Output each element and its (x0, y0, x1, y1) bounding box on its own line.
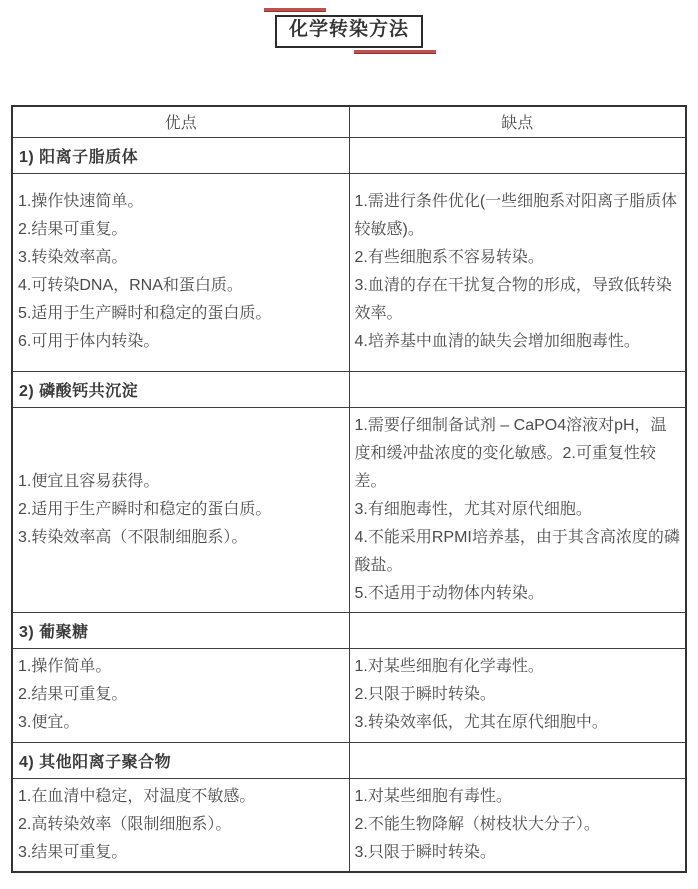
table-header-row: 优点 缺点 (12, 106, 686, 137)
advantage-item: 2.结果可重复。 (18, 681, 345, 709)
section-empty-cell (349, 371, 686, 407)
advantage-item: 3.转染效率高。 (18, 244, 345, 272)
disadvantage-item: 2.不能生物降解（树枝状大分子）。 (355, 811, 682, 839)
section-content-row: 1.操作简单。 2.结果可重复。 3.便宜。 1.对某些细胞有化学毒性。 2.只… (12, 648, 686, 742)
advantage-item: 2.结果可重复。 (18, 216, 345, 244)
disadvantage-item: 5.不适用于动物体内转染。 (355, 580, 682, 608)
section-title: 4) 其他阳离子聚合物 (19, 754, 171, 771)
section-title: 3) 葡聚糖 (19, 624, 89, 641)
advantages-cell: 1.操作快速简单。 2.结果可重复。 3.转染效率高。 4.可转染DNA，RNA… (12, 173, 349, 371)
advantage-item: 5.适用于生产瞬时和稳定的蛋白质。 (18, 300, 345, 328)
title-container: 化学转染方法 (0, 0, 698, 48)
section-empty-cell (349, 612, 686, 648)
advantages-cell: 1.操作简单。 2.结果可重复。 3.便宜。 (12, 648, 349, 742)
section-title: 2) 磷酸钙共沉淀 (19, 383, 138, 400)
disadvantage-item: 4.不能采用RPMI培养基，由于其含高浓度的磷酸盐。 (355, 524, 682, 580)
section-title-cell: 4) 其他阳离子聚合物 (12, 742, 349, 778)
disadvantage-item: 1.需进行条件优化(一些细胞系对阳离子脂质体较敏感)。 (355, 188, 682, 244)
page-title: 化学转染方法 (289, 19, 409, 40)
disadvantage-item: 3.转染效率低，尤其在原代细胞中。 (355, 709, 682, 737)
advantage-item: 4.可转染DNA，RNA和蛋白质。 (18, 272, 345, 300)
advantages-cell: 1.在血清中稳定，对温度不敏感。 2.高转染效率（限制细胞系）。 3.结果可重复… (12, 778, 349, 872)
advantage-item: 2.适用于生产瞬时和稳定的蛋白质。 (18, 496, 345, 524)
disadvantage-item: 1.对某些细胞有化学毒性。 (355, 653, 682, 681)
advantage-item: 1.在血清中稳定，对温度不敏感。 (18, 783, 345, 811)
page-title-box: 化学转染方法 (275, 15, 423, 48)
disadvantage-item: 4.培养基中血清的缺失会增加细胞毒性。 (355, 328, 682, 356)
section-empty-cell (349, 137, 686, 173)
section-header-row: 1) 阳离子脂质体 (12, 137, 686, 173)
section-header-row: 4) 其他阳离子聚合物 (12, 742, 686, 778)
advantage-item: 1.操作快速简单。 (18, 188, 345, 216)
section-header-row: 3) 葡聚糖 (12, 612, 686, 648)
disadvantage-item: 2.有些细胞系不容易转染。 (355, 244, 682, 272)
section-empty-cell (349, 742, 686, 778)
advantage-item: 3.便宜。 (18, 709, 345, 737)
disadvantage-item: 2.只限于瞬时转染。 (355, 681, 682, 709)
col-header-advantages: 优点 (12, 106, 349, 137)
advantages-cell: 1.便宜且容易获得。 2.适用于生产瞬时和稳定的蛋白质。 3.转染效率高（不限制… (12, 407, 349, 612)
disadvantages-cell: 1.对某些细胞有化学毒性。 2.只限于瞬时转染。 3.转染效率低，尤其在原代细胞… (349, 648, 686, 742)
section-content-row: 1.在血清中稳定，对温度不敏感。 2.高转染效率（限制细胞系）。 3.结果可重复… (12, 778, 686, 872)
advantage-item: 2.高转染效率（限制细胞系）。 (18, 811, 345, 839)
advantage-item: 3.转染效率高（不限制细胞系）。 (18, 524, 345, 552)
document-page: 化学转染方法 优点 缺点 1) 阳离子脂质体 1.操作快速简单。 2.结果可重复… (0, 0, 698, 889)
advantage-item: 1.操作简单。 (18, 653, 345, 681)
advantage-item: 3.结果可重复。 (18, 839, 345, 867)
disadvantage-item: 3.只限于瞬时转染。 (355, 839, 682, 867)
disadvantages-cell: 1.需要仔细制备试剂 – CaPO4溶液对pH，温度和缓冲盐浓度的变化敏感。2.… (349, 407, 686, 612)
section-content-row: 1.操作快速简单。 2.结果可重复。 3.转染效率高。 4.可转染DNA，RNA… (12, 173, 686, 371)
advantage-item: 1.便宜且容易获得。 (18, 468, 345, 496)
disadvantage-item: 3.血清的存在干扰复合物的形成，导致低转染效率。 (355, 272, 682, 328)
section-title-cell: 3) 葡聚糖 (12, 612, 349, 648)
disadvantage-item: 1.需要仔细制备试剂 – CaPO4溶液对pH，温度和缓冲盐浓度的变化敏感。2.… (355, 412, 682, 496)
section-content-row: 1.便宜且容易获得。 2.适用于生产瞬时和稳定的蛋白质。 3.转染效率高（不限制… (12, 407, 686, 612)
section-title-cell: 1) 阳离子脂质体 (12, 137, 349, 173)
title-accent-top (264, 8, 326, 12)
section-title-cell: 2) 磷酸钙共沉淀 (12, 371, 349, 407)
advantage-item: 6.可用于体内转染。 (18, 328, 345, 356)
section-title: 1) 阳离子脂质体 (19, 149, 138, 166)
disadvantages-cell: 1.对某些细胞有毒性。 2.不能生物降解（树枝状大分子）。 3.只限于瞬时转染。 (349, 778, 686, 872)
title-accent-bottom (354, 50, 436, 54)
col-header-disadvantages: 缺点 (349, 106, 686, 137)
disadvantage-item: 1.对某些细胞有毒性。 (355, 783, 682, 811)
disadvantage-item: 3.有细胞毒性，尤其对原代细胞。 (355, 496, 682, 524)
section-header-row: 2) 磷酸钙共沉淀 (12, 371, 686, 407)
comparison-table: 优点 缺点 1) 阳离子脂质体 1.操作快速简单。 2.结果可重复。 3.转染效… (11, 105, 687, 873)
disadvantages-cell: 1.需进行条件优化(一些细胞系对阳离子脂质体较敏感)。 2.有些细胞系不容易转染… (349, 173, 686, 371)
